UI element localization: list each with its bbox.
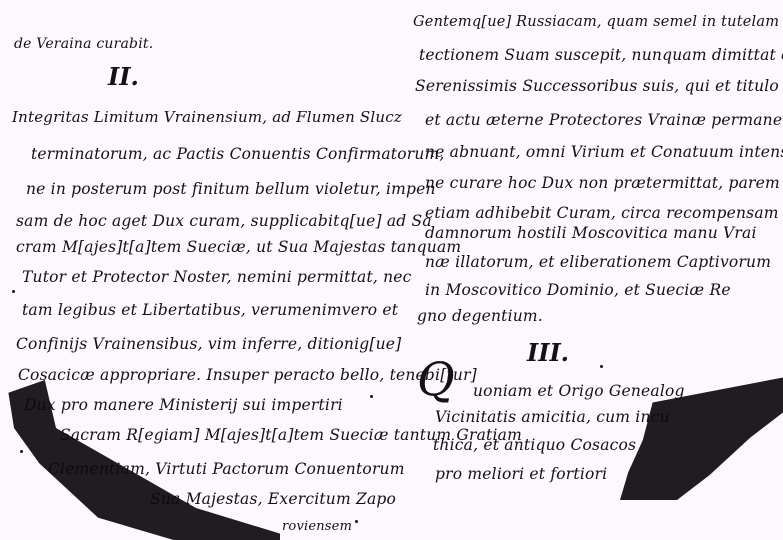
manuscript-line: gno degentium. xyxy=(417,309,543,325)
manuscript-line: ne curare hoc Dux non prætermittat, pare… xyxy=(425,176,780,192)
manuscript-line: Tutor et Protector Noster, nemini permit… xyxy=(22,270,412,286)
manuscript-line: tectionem Suam suscepit, nunquam dimitta… xyxy=(419,48,783,64)
manuscript-line: Confinijs Vrainensibus, vim inferre, dit… xyxy=(16,337,401,353)
manuscript-line: sam de hoc aget Dux curam, supplicabitq[… xyxy=(16,214,432,230)
manuscript-line: in Moscovitico Dominio, et Sueciæ Re xyxy=(425,283,731,299)
manuscript-line: uoniam et Origo Genealog xyxy=(473,384,685,400)
drop-cap-q: Q xyxy=(417,356,455,402)
ink-speck xyxy=(370,395,373,398)
manuscript-line: ne abnuant, omni Virium et Conatuum inte… xyxy=(425,145,783,161)
ink-speck xyxy=(355,520,358,523)
manuscript-line: roviensem xyxy=(282,520,352,533)
manuscript-line: Vicinitatis amicitia, cum incu xyxy=(435,410,670,426)
manuscript-line: terminatorum, ac Pactis Conuentis Confir… xyxy=(31,147,445,163)
section-heading-iii: III. xyxy=(527,338,569,367)
manuscript-line: næ illatorum, et eliberationem Captivoru… xyxy=(425,255,771,271)
left-top-line: de Veraina curabit. xyxy=(14,37,153,51)
manuscript-line: Serenissimis Successoribus suis, qui et … xyxy=(415,79,779,95)
ink-speck xyxy=(20,450,23,453)
manuscript-line: etiam adhibebit Curam, circa recompensam xyxy=(425,206,779,222)
manuscript-line: tam legibus et Libertatibus, verumenimve… xyxy=(22,303,398,319)
manuscript-line: ne in posterum post finitum bellum viole… xyxy=(26,182,436,198)
manuscript-line: pro meliori et fortiori xyxy=(435,467,607,483)
manuscript-line: Dux pro manere Ministerij sui impertiri xyxy=(24,398,343,414)
manuscript-line: Integritas Limitum Vrainensium, ad Flume… xyxy=(12,110,402,125)
ink-speck xyxy=(12,290,15,293)
manuscript-line: damnorum hostili Moscovitica manu Vrai xyxy=(425,226,757,242)
ink-speck xyxy=(600,365,603,368)
manuscript-line: et actu æterne Protectores Vrainæ perman… xyxy=(425,113,783,129)
manuscript-line: thica, et antiquo Cosacos xyxy=(433,438,636,454)
manuscript-line: Gentemq[ue] Russiacam, quam semel in tut… xyxy=(413,15,783,30)
section-heading-ii: II. xyxy=(108,62,139,91)
